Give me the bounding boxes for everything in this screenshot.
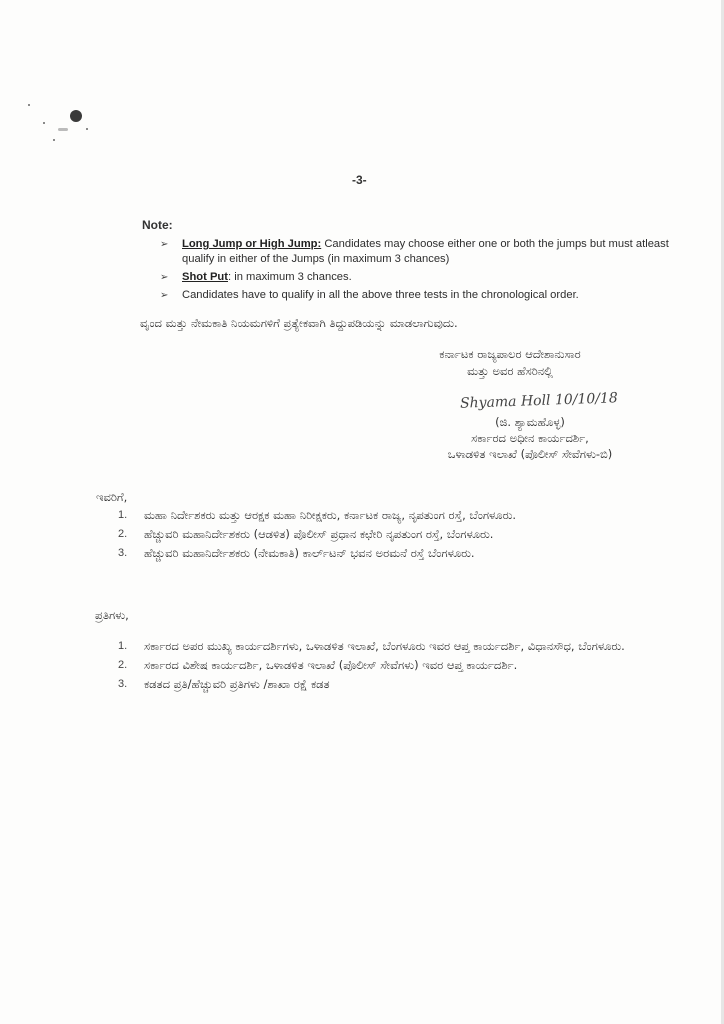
- copies-label: ಪ್ರತಿಗಳು,: [95, 608, 129, 623]
- authority-line-1: ಕರ್ನಾಟಕ ರಾಜ್ಯಪಾಲರ ಆದೇಶಾನುಸಾರ: [380, 346, 640, 363]
- arrow-bullet-icon: ➢: [160, 270, 168, 285]
- note-bullet: ➢ Candidates have to qualify in all the …: [160, 288, 670, 303]
- list-item: 1. ಸರ್ಕಾರದ ಅಪರ ಮುಖ್ಯ ಕಾರ್ಯದರ್ಶಿಗಳು, ಒಳಾಡ…: [118, 638, 658, 655]
- note-bullets: ➢ Long Jump or High Jump: Candidates may…: [160, 237, 670, 306]
- scan-speck: [53, 139, 55, 141]
- list-item: 3. ಹೆಚ್ಚುವರಿ ಮಹಾನಿರ್ದೇಶಕರು (ನೇಮಕಾತಿ) ಕಾರ…: [118, 545, 658, 562]
- scan-speck: [86, 128, 88, 130]
- arrow-bullet-icon: ➢: [160, 237, 168, 252]
- item-number: 1.: [118, 507, 127, 524]
- item-text: ಮಹಾ ನಿರ್ದೇಶಕರು ಮತ್ತು ಆರಕ್ಷಕ ಮಹಾ ನಿರೀಕ್ಷಕ…: [144, 508, 516, 522]
- document-page: -3- Note: ➢ Long Jump or High Jump: Cand…: [0, 0, 724, 1024]
- note-bullet: ➢ Shot Put: in maximum 3 chances.: [160, 270, 670, 285]
- ink-smudge: [70, 110, 82, 122]
- bullet-text: Candidates have to qualify in all the ab…: [182, 289, 579, 301]
- list-item: 2. ಹೆಚ್ಚುವರಿ ಮಹಾನಿರ್ದೇಶಕರು (ಆಡಳಿತ) ಪೊಲೀಸ…: [118, 526, 658, 543]
- item-number: 3.: [118, 545, 127, 562]
- bullet-term: Shot Put: [182, 271, 228, 283]
- item-number: 2.: [118, 657, 127, 674]
- arrow-bullet-icon: ➢: [160, 288, 168, 303]
- list-item: 1. ಮಹಾ ನಿರ್ದೇಶಕರು ಮತ್ತು ಆರಕ್ಷಕ ಮಹಾ ನಿರೀಕ…: [118, 507, 658, 524]
- list-item: 3. ಕಡತದ ಪ್ರತಿ/ಹೆಚ್ಚುವರಿ ಪ್ರತಿಗಳು /ಶಾಖಾ ರ…: [118, 676, 658, 693]
- item-text: ಸರ್ಕಾರದ ವಿಶೇಷ ಕಾರ್ಯದರ್ಶಿ, ಒಳಾಡಳಿತ ಇಲಾಖೆ …: [144, 658, 517, 672]
- ink-smudge-mark: [58, 128, 68, 131]
- signatory-designation: ಸರ್ಕಾರದ ಅಧೀನ ಕಾರ್ಯದರ್ಶಿ,: [390, 430, 670, 446]
- bullet-term: Long Jump or High Jump:: [182, 238, 321, 250]
- scan-speck: [43, 122, 45, 124]
- recipients-list: 1. ಮಹಾ ನಿರ್ದೇಶಕರು ಮತ್ತು ಆರಕ್ಷಕ ಮಹಾ ನಿರೀಕ…: [118, 507, 658, 564]
- item-text: ಸರ್ಕಾರದ ಅಪರ ಮುಖ್ಯ ಕಾರ್ಯದರ್ಶಿಗಳು, ಒಳಾಡಳಿತ…: [144, 639, 625, 653]
- item-number: 1.: [118, 638, 127, 655]
- authority-line-2: ಮತ್ತು ಅವರ ಹೆಸರಿನಲ್ಲಿ: [380, 363, 640, 380]
- copies-list: 1. ಸರ್ಕಾರದ ಅಪರ ಮುಖ್ಯ ಕಾರ್ಯದರ್ಶಿಗಳು, ಒಳಾಡ…: [118, 638, 658, 695]
- note-label: Note:: [142, 218, 173, 232]
- scan-speck: [28, 104, 30, 106]
- amendment-paragraph: ವೃಂದ ಮತ್ತು ನೇಮಕಾತಿ ನಿಯಮಗಳಿಗೆ ಪ್ರತ್ಯೇಕವಾಗ…: [140, 316, 458, 331]
- bullet-text: : in maximum 3 chances.: [228, 271, 352, 283]
- item-number: 2.: [118, 526, 127, 543]
- item-text: ಹೆಚ್ಚುವರಿ ಮಹಾನಿರ್ದೇಶಕರು (ಆಡಳಿತ) ಪೊಲೀಸ್ ಪ…: [144, 527, 493, 541]
- authority-block: ಕರ್ನಾಟಕ ರಾಜ್ಯಪಾಲರ ಆದೇಶಾನುಸಾರ ಮತ್ತು ಅವರ ಹ…: [380, 346, 640, 380]
- signatory-name: (ಜಿ. ಶ್ಯಾಮಹೊಳ್ಳ): [390, 414, 670, 430]
- signatory-block: (ಜಿ. ಶ್ಯಾಮಹೊಳ್ಳ) ಸರ್ಕಾರದ ಅಧೀನ ಕಾರ್ಯದರ್ಶಿ…: [390, 414, 670, 462]
- list-item: 2. ಸರ್ಕಾರದ ವಿಶೇಷ ಕಾರ್ಯದರ್ಶಿ, ಒಳಾಡಳಿತ ಇಲಾ…: [118, 657, 658, 674]
- item-text: ಕಡತದ ಪ್ರತಿ/ಹೆಚ್ಚುವರಿ ಪ್ರತಿಗಳು /ಶಾಖಾ ರಕ್ಷ…: [144, 677, 330, 691]
- item-text: ಹೆಚ್ಚುವರಿ ಮಹಾನಿರ್ದೇಶಕರು (ನೇಮಕಾತಿ) ಕಾರ್ಲ್…: [144, 546, 475, 560]
- note-bullet: ➢ Long Jump or High Jump: Candidates may…: [160, 237, 670, 267]
- handwritten-signature: Shyama Holl 10/10/18: [460, 390, 618, 411]
- signatory-department: ಒಳಾಡಳಿತ ಇಲಾಖೆ (ಪೊಲೀಸ್ ಸೇವೆಗಳು-ಬಿ): [390, 446, 670, 462]
- item-number: 3.: [118, 676, 127, 693]
- page-number: -3-: [352, 173, 367, 187]
- recipients-label: ಇವರಿಗೆ,: [96, 490, 127, 505]
